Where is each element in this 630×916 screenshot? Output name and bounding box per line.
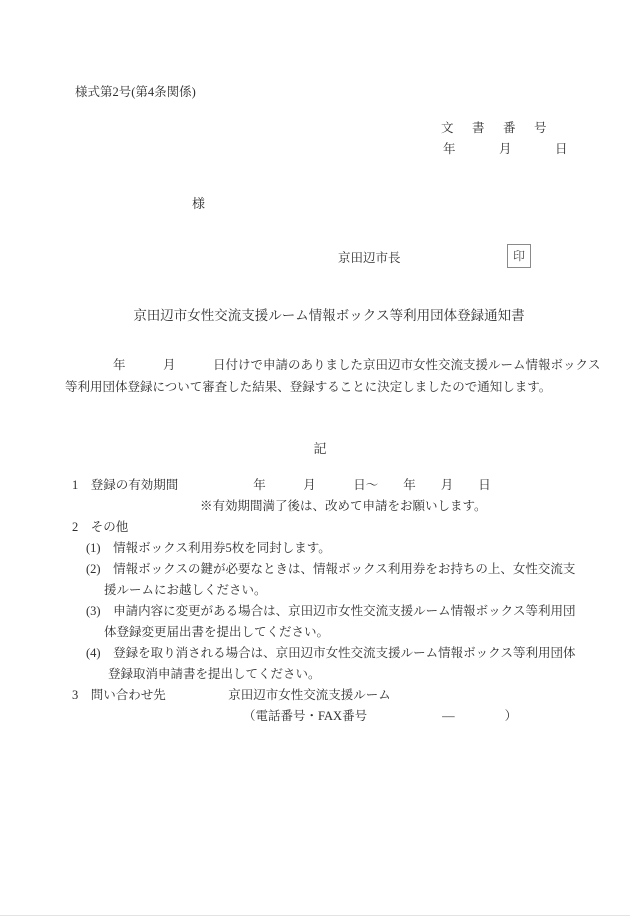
note-expiration-reapply: ※有効期間満了後は、改めて申請をお願いします。 bbox=[200, 498, 487, 514]
date-blank-line: 年 月 日 bbox=[443, 141, 569, 157]
contact-phone-fax-line: （電話番号・FAX番号 ― ） bbox=[243, 708, 517, 724]
document-title: 京田辺市女性交流支援ルーム情報ボックス等利用団体登録通知書 bbox=[0, 308, 630, 324]
subitem-4-cancellation-line1: (4) 登録を取り消される場合は、京田辺市女性交流支援ルーム情報ボックス等利用団… bbox=[86, 645, 575, 661]
body-paragraph-line1: 年 月 日付けで申請のありました京田辺市女性交流支援ルーム情報ボックス bbox=[65, 357, 600, 373]
doc-number-label: 文 書 番 号 bbox=[441, 120, 550, 136]
form-number: 様式第2号(第4条関係) bbox=[75, 84, 196, 100]
subitem-3-change-notification-line2: 体登録変更届出書を提出してください。 bbox=[104, 624, 329, 640]
subitem-4-cancellation-line2: 登録取消申請書を提出してください。 bbox=[108, 666, 321, 682]
item-other: 2 その他 bbox=[72, 519, 128, 535]
subitem-1-info-box-tickets: (1) 情報ボックス利用券5枚を同封します。 bbox=[86, 540, 331, 556]
item-registration-validity-period: 1 登録の有効期間 年 月 日～ 年 月 日 bbox=[72, 477, 491, 493]
sender-name: 京田辺市長 bbox=[338, 250, 401, 266]
body-paragraph-line2: 等利用団体登録について審査した結果、登録することに決定しましたので通知します。 bbox=[65, 379, 551, 395]
subitem-2-info-box-key-line2: 援ルームにお越しください。 bbox=[104, 582, 267, 598]
seal-mark: 印 bbox=[507, 244, 531, 268]
record-marker: 記 bbox=[0, 441, 630, 457]
subitem-2-info-box-key-line1: (2) 情報ボックスの鍵が必要なときは、情報ボックス利用券をお持ちの上、女性交流… bbox=[86, 561, 575, 577]
document-page: 様式第2号(第4条関係) 文 書 番 号 年 月 日 様 京田辺市長 印 京田辺… bbox=[0, 0, 630, 916]
subitem-3-change-notification-line1: (3) 申請内容に変更がある場合は、京田辺市女性交流支援ルーム情報ボックス等利用… bbox=[86, 603, 575, 619]
recipient-honorific: 様 bbox=[192, 196, 205, 212]
item-contact-info: 3 問い合わせ先 京田辺市女性交流支援ルーム bbox=[72, 687, 391, 703]
